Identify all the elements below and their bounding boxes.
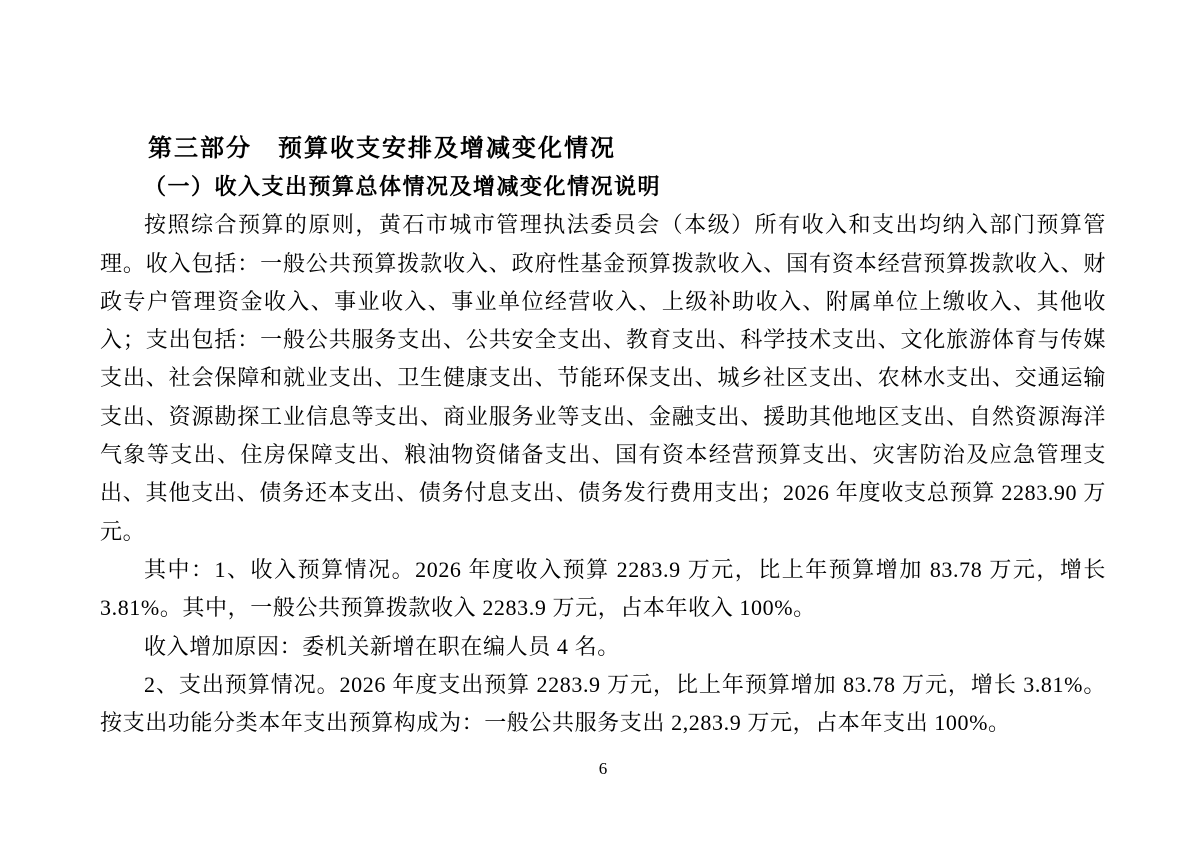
page-number: 6: [100, 758, 1106, 780]
document-body: 第三部分 预算收支安排及增减变化情况 （一）收入支出预算总体情况及增减变化情况说…: [100, 130, 1106, 742]
section-heading: 第三部分 预算收支安排及增减变化情况: [100, 130, 1106, 168]
paragraph-income-budget: 其中：1、收入预算情况。2026 年度收入预算 2283.9 万元，比上年预算增…: [100, 551, 1106, 628]
document-page: 第三部分 预算收支安排及增减变化情况 （一）收入支出预算总体情况及增减变化情况说…: [0, 0, 1200, 848]
paragraph-income-increase-reason: 收入增加原因：委机关新增在职在编人员 4 名。: [100, 628, 1106, 666]
paragraph-budget-overview: 按照综合预算的原则，黄石市城市管理执法委员会（本级）所有收入和支出均纳入部门预算…: [100, 206, 1106, 551]
paragraph-expenditure-budget: 2、支出预算情况。2026 年度支出预算 2283.9 万元，比上年预算增加 8…: [100, 666, 1106, 743]
sub-heading: （一）收入支出预算总体情况及增减变化情况说明: [100, 168, 1106, 206]
